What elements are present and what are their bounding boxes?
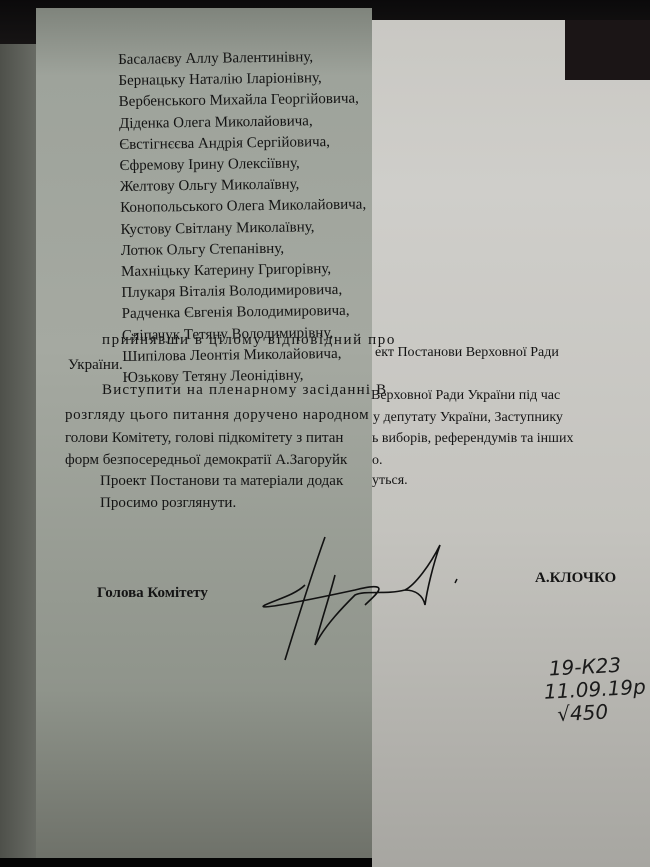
- paragraph-line: прийнявши в цілому відповідний про: [102, 332, 396, 349]
- name-item: Конопольського Олега Миколайовича,: [120, 195, 366, 220]
- paragraph-line: Виступити на пленарному засіданні В: [102, 382, 387, 399]
- paragraph-line: форм безпосередньої демократії А.Загоруй…: [65, 452, 347, 469]
- name-item: Радченка Євгенія Володимировича,: [122, 301, 368, 326]
- handwritten-registration-note: 19-К23 11.09.19р √450: [548, 653, 647, 727]
- paragraph-line: ь виборів, референдумів та інших: [372, 431, 573, 447]
- dark-background-corner: [565, 20, 650, 80]
- paragraph-line: розгляду цього питання доручено народном: [65, 407, 369, 424]
- paragraph-line: України.: [68, 357, 123, 374]
- paragraph-line: Просимо розглянути.: [100, 495, 236, 512]
- name-item: Вербенського Михайла Георгійовича,: [119, 89, 365, 114]
- paragraph-line: голови Комітету, голові підкомітету з пи…: [65, 430, 343, 447]
- handwritten-line: √450: [557, 698, 648, 726]
- signature-title: Голова Комітету: [97, 585, 208, 602]
- name-item: Євстігнєєва Андрія Сергійовича,: [119, 131, 365, 156]
- paragraph-line: Верховної Ради України під час: [371, 388, 560, 404]
- paragraph-line: Проект Постанови та матеріали додак: [100, 473, 343, 490]
- signature-icon: [255, 535, 475, 665]
- signatory-name: А.КЛОЧКО: [535, 570, 616, 587]
- paragraph-line: о.: [372, 453, 383, 469]
- paragraph-line: ект Постанови Верховної Ради: [375, 345, 559, 361]
- bottom-edge: [0, 858, 372, 867]
- paragraph-line: уться.: [372, 473, 408, 489]
- paragraph-line: у депутату України, Заступнику: [373, 410, 563, 426]
